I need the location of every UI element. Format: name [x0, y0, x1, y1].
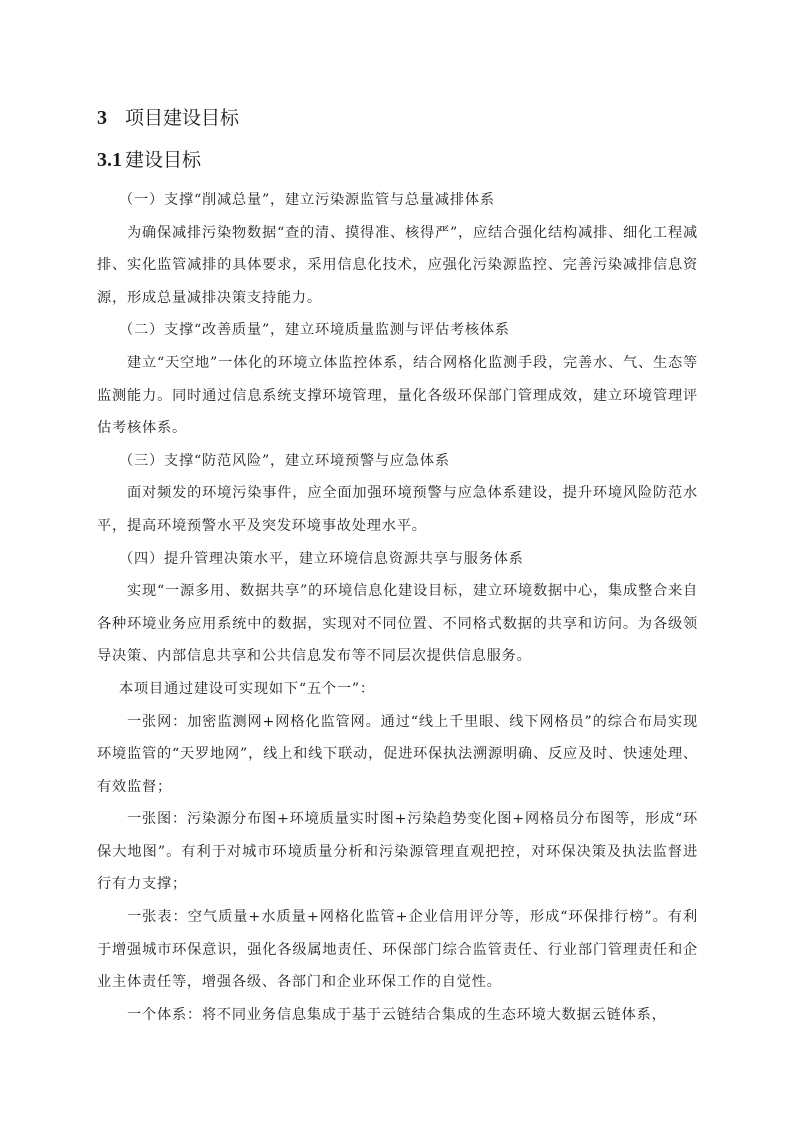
subsection-number: 3.1 — [97, 149, 122, 171]
section-title: 项目建设目标 — [125, 107, 239, 129]
paragraph: 面对频发的环境污染事件，应全面加强环境预警与应急体系建设，提升环境风险防范水平，… — [97, 477, 698, 542]
subsection-heading: 3.1建设目标 — [97, 146, 201, 174]
five-ones-intro: 本项目通过建设可实现如下“五个一”： — [97, 673, 698, 706]
subsection-title: 建设目标 — [125, 149, 201, 171]
paragraph: 实现“一源多用、数据共享”的环境信息化建设目标，建立环境数据中心，集成整合来自各… — [97, 575, 698, 673]
paragraph-one-table: 一张表：空气质量+水质量+网格化监管+企业信用评分等，形成“环保排行榜”。有利于… — [97, 901, 698, 999]
section-number: 3 — [97, 104, 125, 132]
document-page: 3项目建设目标 3.1建设目标 （一）支撑“削减总量”，建立污染源监管与总量减排… — [0, 0, 793, 1122]
body-text: （一）支撑“削减总量”，建立污染源监管与总量减排体系 为确保减排污染物数据“查的… — [97, 184, 698, 1031]
paragraph-one-system: 一个体系：将不同业务信息集成于基于云链结合集成的生态环境大数据云链体系， — [97, 999, 698, 1032]
section-heading: 3项目建设目标 — [97, 104, 239, 132]
paragraph-one-network: 一张网：加密监测网+网格化监管网。通过“线上千里眼、线下网格员”的综合布局实现环… — [97, 706, 698, 804]
paragraph: 建立“天空地”一体化的环境立体监控体系，结合网格化监测手段，完善水、气、生态等监… — [97, 347, 698, 445]
goal-heading-2: （二）支撑“改善质量”，建立环境质量监测与评估考核体系 — [97, 314, 698, 347]
goal-heading-3: （三）支撑“防范风险”，建立环境预警与应急体系 — [97, 445, 698, 478]
paragraph: 为确保减排污染物数据“查的清、摸得准、核得严”，应结合强化结构减排、细化工程减排… — [97, 217, 698, 315]
paragraph-one-map: 一张图：污染源分布图+环境质量实时图+污染趋势变化图+网格员分布图等，形成“环保… — [97, 803, 698, 901]
goal-heading-1: （一）支撑“削减总量”，建立污染源监管与总量减排体系 — [97, 184, 698, 217]
goal-heading-4: （四）提升管理决策水平，建立环境信息资源共享与服务体系 — [97, 543, 698, 576]
